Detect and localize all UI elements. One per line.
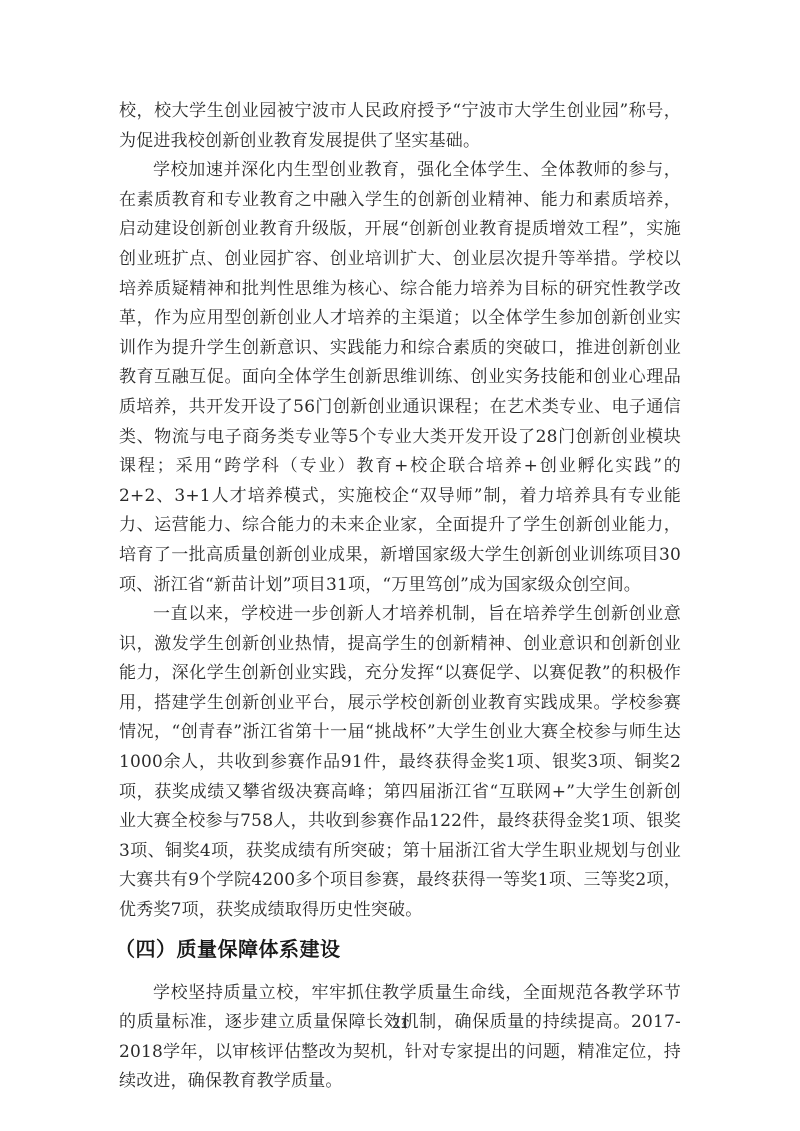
paragraph-competitions: 一直以来，学校进一步创新人才培养机制，旨在培养学生创新创业意识，激发学生创新创业…	[119, 600, 681, 926]
paragraph-quality-assurance: 学校坚持质量立校，牢牢抓住教学质量生命线，全面规范各教学环节的质量标准，逐步建立…	[119, 979, 681, 1097]
section-heading: （四）质量保障体系建设	[115, 934, 681, 964]
page-number: 21	[0, 1017, 800, 1032]
document-page: 校，校大学生创业园被宁波市人民政府授予“宁波市大学生创业园”称号，为促进我校创新…	[119, 97, 681, 1097]
paragraph-innovation-education: 学校加速并深化内生型创业教育，强化全体学生、全体教师的参与，在素质教育和专业教育…	[119, 156, 681, 600]
paragraph-continuation: 校，校大学生创业园被宁波市人民政府授予“宁波市大学生创业园”称号，为促进我校创新…	[119, 97, 681, 156]
